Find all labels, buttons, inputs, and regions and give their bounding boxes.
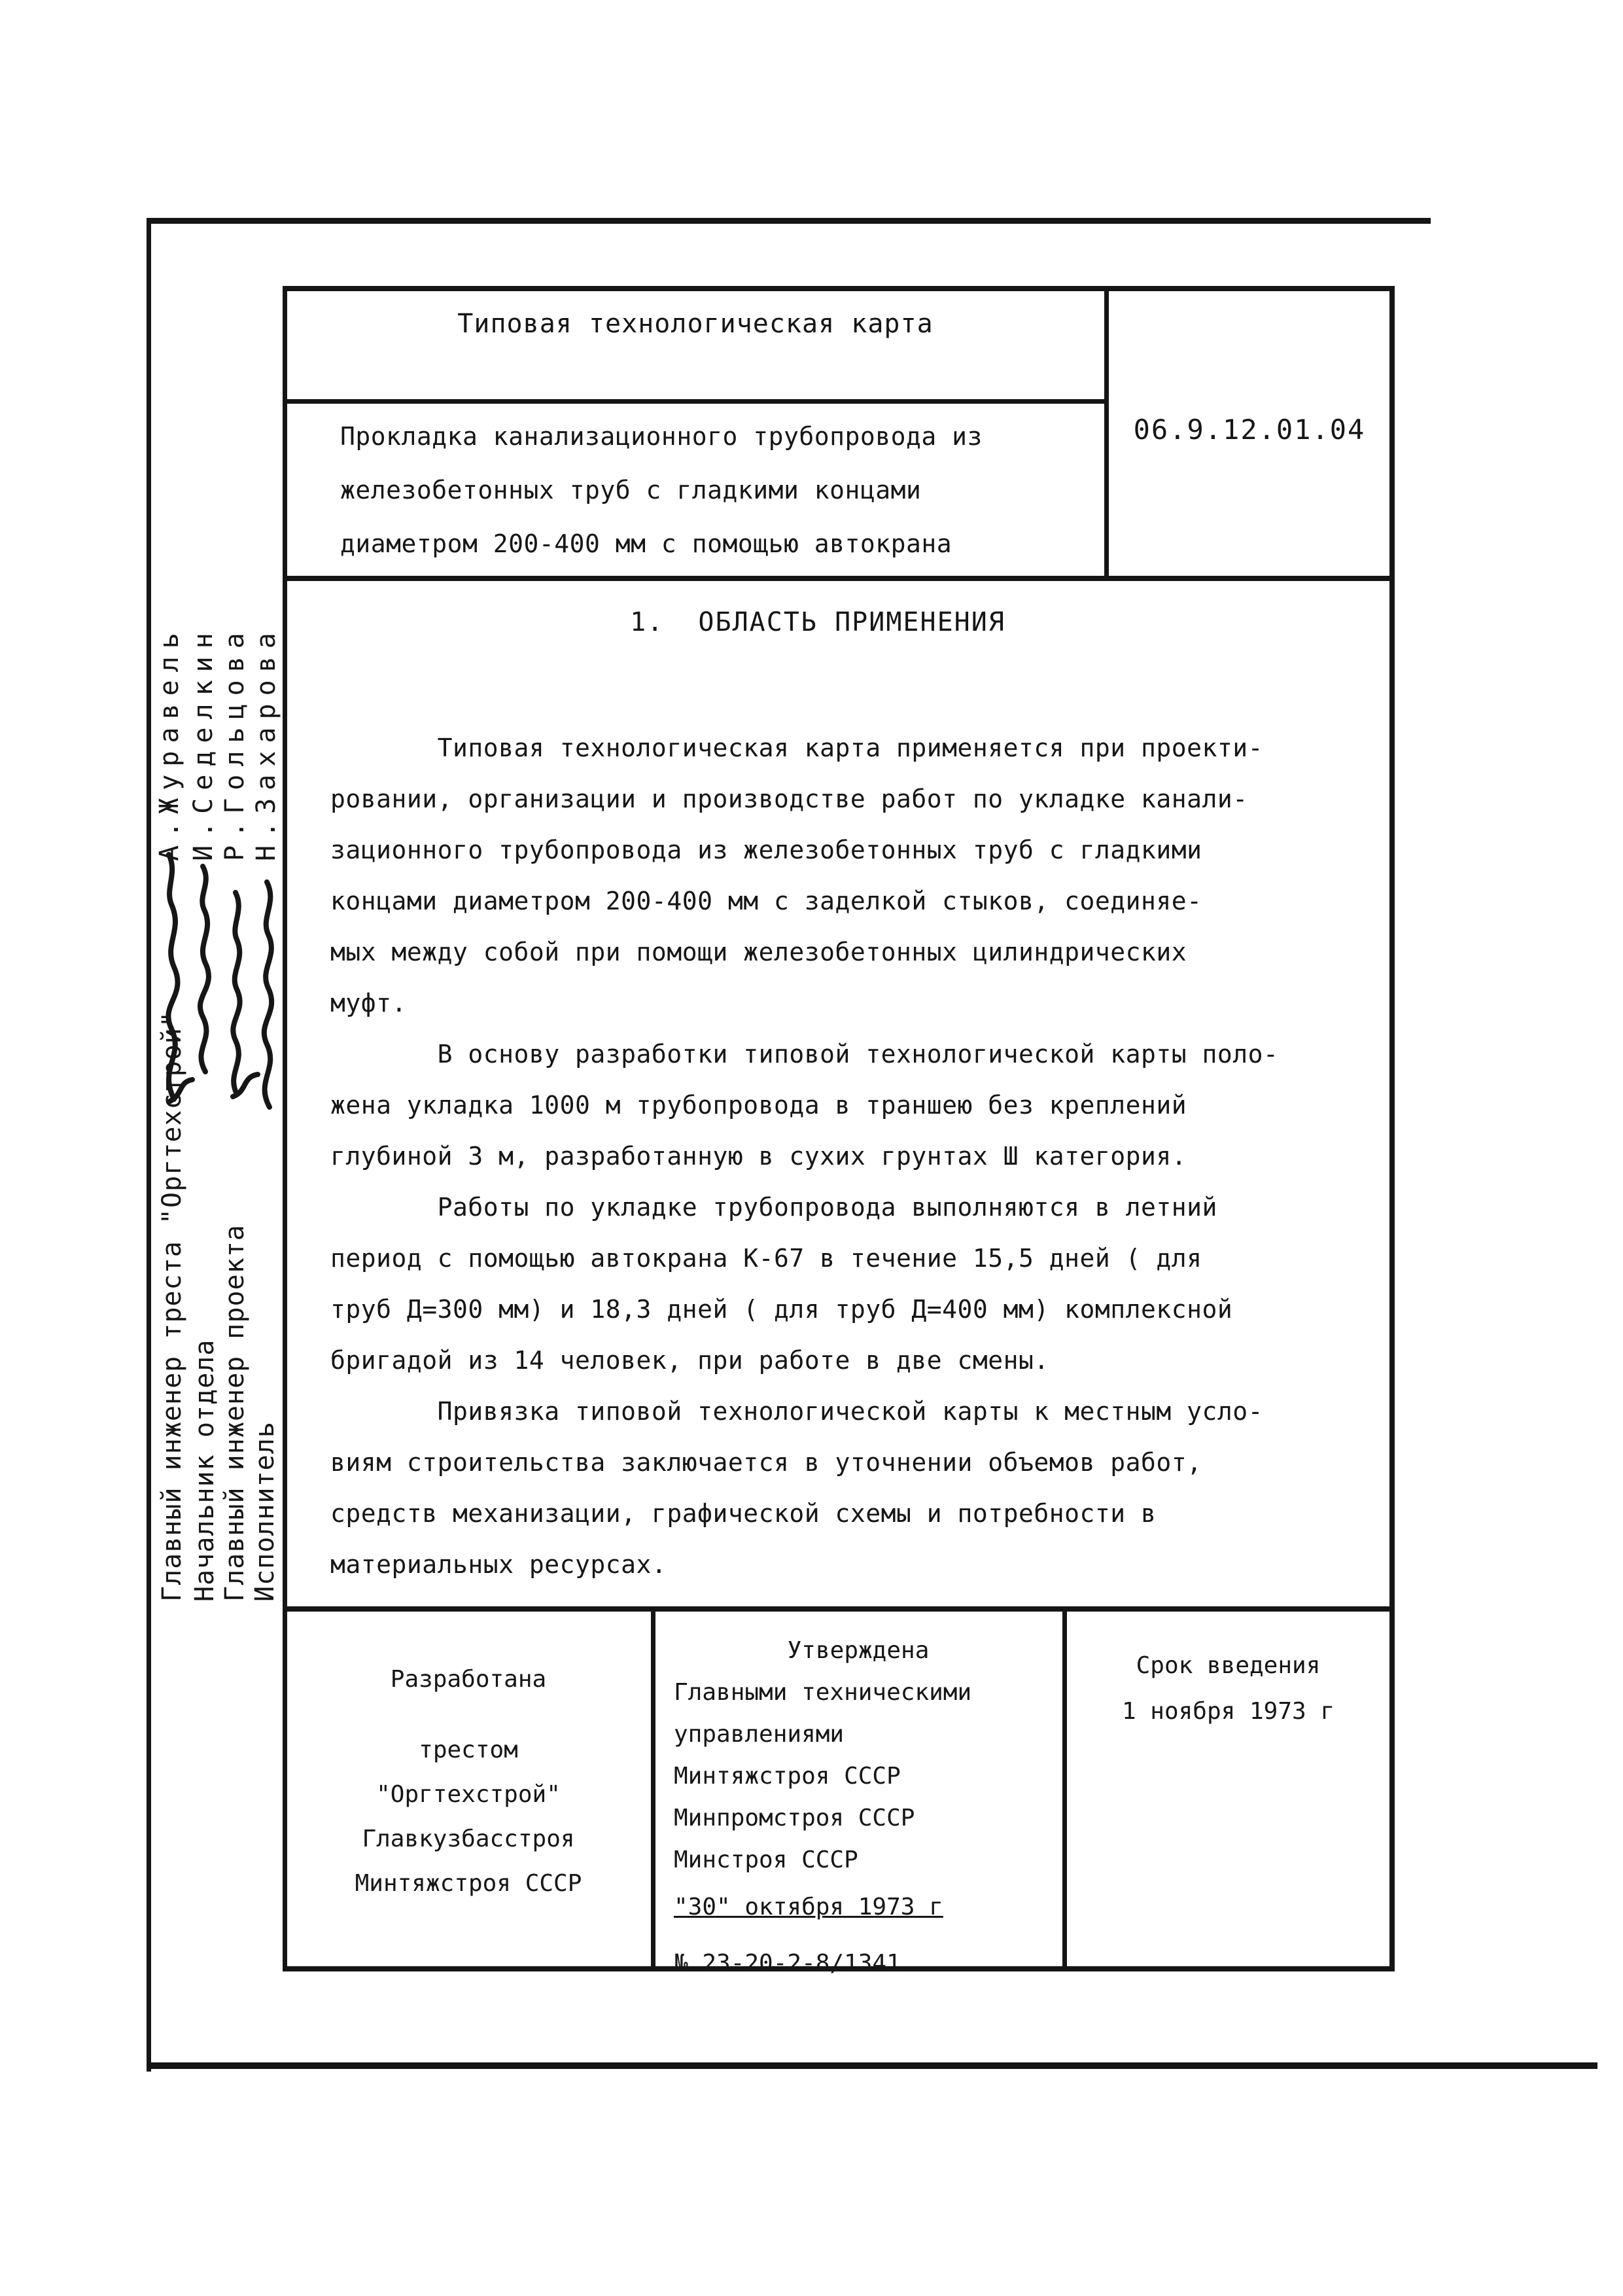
header-title-divider: [283, 399, 1108, 404]
approved-by-line: "30" октября 1973 г: [674, 1886, 1061, 1928]
body-text-line: мых между собой при помощи железобетонны…: [330, 927, 1338, 978]
footer-table-divider-1: [651, 1606, 655, 1971]
header-top-border: [283, 286, 1395, 291]
body-text-line: материальных ресурсах.: [330, 1539, 1338, 1590]
body-text-line: зационного трубопровода из железобетонны…: [330, 824, 1338, 875]
body-text-line: муфт.: [330, 978, 1338, 1029]
body-text-line: ровании, организации и производстве рабо…: [330, 773, 1338, 824]
effective-date-line: 1 ноября 1973 г: [1067, 1689, 1389, 1735]
body-text-line: Привязка типовой технологической карты к…: [330, 1386, 1338, 1437]
body-text-line: концами диаметром 200-400 мм с заделкой …: [330, 875, 1338, 927]
body-text-line: бригадой из 14 человек, при работе в две…: [330, 1335, 1338, 1386]
body-text-line: период с помощью автокрана К-67 в течени…: [330, 1233, 1338, 1284]
developed-by-line: Главкузбасстроя: [288, 1817, 649, 1862]
signatory-name: Н.Захарова: [251, 625, 281, 861]
header-bottom-border: [283, 576, 1395, 581]
signatory-role: Главный инженер треста "Оргтехстрой": [157, 1011, 187, 1602]
body-text-line: В основу разработки типовой технологичес…: [330, 1029, 1338, 1080]
approved-by-line: управлениями: [674, 1714, 1061, 1756]
page-top-rule: [147, 218, 1431, 224]
approved-by-line: Главными техническими: [674, 1672, 1061, 1714]
content-right-border: [1389, 286, 1395, 1971]
document-type-title: Типовая технологическая карта: [283, 309, 1108, 339]
signatory-role: Главный инженер проекта: [220, 1224, 250, 1602]
body-text-line: Работы по укладке трубопровода выполняют…: [330, 1182, 1338, 1233]
signatory-name: Р.Гольцова: [220, 625, 250, 861]
document-subject-line: диаметром 200-400 мм с помощью автокрана: [340, 517, 1112, 571]
effective-date-cell: Срок введения1 ноября 1973 г: [1067, 1612, 1389, 1735]
page-left-border: [147, 218, 151, 2072]
footer-table-divider-2: [1062, 1606, 1067, 1971]
signatory-name: И.Седелкин: [188, 625, 218, 861]
section-heading: 1. ОБЛАСТЬ ПРИМЕНЕНИЯ: [330, 607, 1305, 637]
effective-date-line: Срок введения: [1067, 1643, 1389, 1689]
approved-by-cell: УтвержденаГлавными техническимиуправлени…: [655, 1612, 1061, 1985]
body-text-line: средств механизации, графической схемы и…: [330, 1488, 1338, 1539]
body-text-line: виям строительства заключается в уточнен…: [330, 1437, 1338, 1488]
approved-by-line: Минтяжстроя СССР: [674, 1756, 1061, 1797]
content-left-border: [283, 286, 287, 1971]
signatory-role: Начальник отдела: [190, 1339, 220, 1602]
signatory-name: А.Журавель: [154, 625, 184, 861]
body-text-line: Типовая технологическая карта применяетс…: [330, 722, 1338, 773]
document-subject: Прокладка канализационного трубопровода …: [340, 410, 1112, 571]
body-text-line: глубиной 3 м, разработанную в сухих грун…: [330, 1131, 1338, 1182]
document-subject-line: железобетонных труб с гладкими концами: [340, 463, 1112, 517]
developed-by-line: Минтяжстроя СССР: [288, 1862, 649, 1906]
body-text-line: труб Д=300 мм) и 18,3 дней ( для труб Д=…: [330, 1284, 1338, 1335]
document-code: 06.9.12.01.04: [1108, 414, 1391, 446]
approved-by-line: Минстроя СССР: [674, 1839, 1061, 1881]
developed-by-line: Разработана: [288, 1657, 649, 1702]
footer-table-top-border: [283, 1606, 1395, 1612]
developed-by-line: "Оргтехстрой": [288, 1773, 649, 1817]
developed-by-cell: Разработанатрестом"Оргтехстрой"Главкузба…: [288, 1612, 649, 1906]
approved-by-line: Минпромстроя СССР: [674, 1797, 1061, 1839]
page-bottom-rule: [147, 2062, 1597, 2069]
section-body: Типовая технологическая карта применяетс…: [330, 722, 1338, 1590]
signatory-role: Исполнитель: [250, 1421, 280, 1602]
document-subject-line: Прокладка канализационного трубопровода …: [340, 410, 1112, 463]
approved-by-line: № 23-20-2-8/1341: [674, 1943, 1061, 1985]
developed-by-line: трестом: [288, 1728, 649, 1773]
body-text-line: жена укладка 1000 м трубопровода в транш…: [330, 1080, 1338, 1131]
scanned-document-page: Типовая технологическая карта Прокладка …: [0, 0, 1623, 2296]
approved-by-line: Утверждена: [674, 1630, 1061, 1672]
